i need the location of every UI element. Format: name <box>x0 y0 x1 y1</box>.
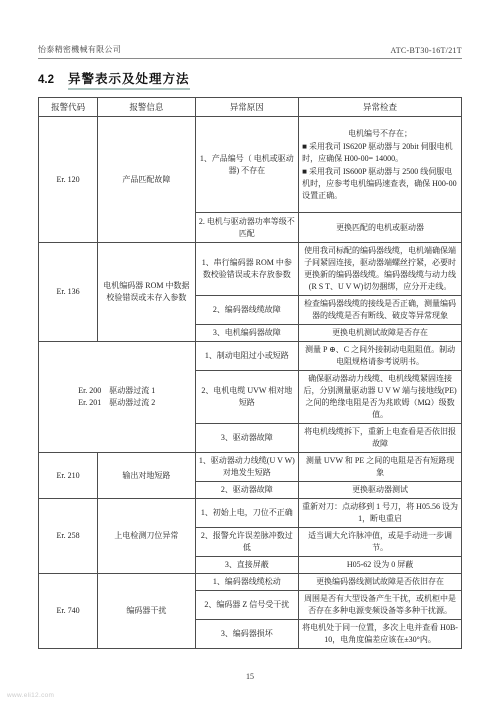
cause-cell: 2、驱动器故障 <box>195 482 299 499</box>
check-cell: 电机编号不存在； ■ 采用我司 IS620P 驱动器与 20bit 伺服电机时，… <box>299 117 462 213</box>
alarm-info-cell: 输出对地短路 <box>98 453 195 499</box>
alarm-code-line: Er. 201 驱动器过流 2 <box>42 397 192 409</box>
cause-cell: 2、编码器线缆故障 <box>195 296 299 325</box>
watermark: www.eli12.com <box>7 692 54 699</box>
cause-cell: 1、驱动器动力线缆(U V W) 对地发生短路 <box>195 453 299 482</box>
table-row: Er. 136 电机编码器 ROM 中数据校验错误或未存入参数 1、串行编码器 … <box>39 243 462 296</box>
check-cell: 适当调大允许脉冲值，或是手动进一步调节。 <box>299 528 462 557</box>
document-page: 怡泰精密機械有限公司 ATC-BT30-16T/21T 4.2 异警表示及处理方… <box>0 0 500 707</box>
cause-cell: 1、串行编码器 ROM 中参数校验错误或未存放参数 <box>195 243 299 296</box>
table-row: Er. 740 编码器干扰 1、编码器线缆松动 更换编码器线测试故障是否依旧存在 <box>39 574 462 591</box>
check-intro: 电机编号不存在； <box>302 128 458 140</box>
alarm-info-cell: 上电检测刀位异常 <box>98 499 195 574</box>
alarm-code-info-merged-cell: Er. 200 驱动器过流 1 Er. 201 驱动器过流 2 <box>39 342 196 453</box>
check-cell: H05-62 设为 0 屏蔽 <box>299 557 462 574</box>
cause-cell: 2、报警允许误差脉冲数过低 <box>195 528 299 557</box>
alarm-table: 报警代码 报警信息 异常原因 异常检查 Er. 120 产品匹配故障 1、产品编… <box>38 97 462 649</box>
cause-cell: 1、初始上电，刀位不正确 <box>195 499 299 528</box>
alarm-code-line: Er. 200 驱动器过流 1 <box>42 385 192 397</box>
alarm-code-cell: Er. 258 <box>39 499 98 574</box>
cause-cell: 3、驱动器故障 <box>195 424 299 453</box>
check-cell: 更换匹配的电机或驱动器 <box>299 213 462 243</box>
column-header-code: 报警代码 <box>39 98 98 117</box>
cause-cell: 3、编码器损坏 <box>195 620 299 649</box>
table-row: Er. 200 驱动器过流 1 Er. 201 驱动器过流 2 1、制动电阻过小… <box>39 342 462 371</box>
column-header-info: 报警信息 <box>98 98 195 117</box>
check-cell: 将电机处于同一位置，多次上电并查看 H0B-10，电角度偏差应该在±30°内。 <box>299 620 462 649</box>
cause-cell: 1、制动电阻过小或短路 <box>195 342 299 371</box>
cause-cell: 2. 电机与驱动器功率等级不匹配 <box>195 213 299 243</box>
model-number: ATC-BT30-16T/21T <box>391 46 462 55</box>
check-cell: 更换驱动器测试 <box>299 482 462 499</box>
check-cell: 将电机线缆拆下，重新上电查看是否依旧报故障 <box>299 424 462 453</box>
check-cell: 测量 UVW 和 PE 之间的电阻是否有短路现象 <box>299 453 462 482</box>
check-cell: 周围是否有大型设备产生干扰，或机柜中是否存在多种电源变频设备等多种干扰源。 <box>299 591 462 620</box>
section-heading: 4.2 异警表示及处理方法 <box>38 69 462 90</box>
check-cell: 检查编码器线缆的接线是否正确，测量编码器的线缆是否有断线、破皮等异常现象 <box>299 296 462 325</box>
check-cell: 使用我司标配的编码器线缆，电机端确保端子间紧固连接，驱动器端螺丝拧紧，必要时更换… <box>299 243 462 296</box>
company-name: 怡泰精密機械有限公司 <box>38 44 121 55</box>
check-cell: 更换编码器线测试故障是否依旧存在 <box>299 574 462 591</box>
check-bullet: ■ 采用我司 IS620P 驱动器与 20bit 伺服电机时，应确保 H00-0… <box>302 141 458 165</box>
section-title: 异警表示及处理方法 <box>68 69 190 90</box>
alarm-info-cell: 电机编码器 ROM 中数据校验错误或未存入参数 <box>98 243 195 342</box>
check-cell: 更换电机测试故障是否存在 <box>299 325 462 342</box>
check-cell: 重新对刀：点动移到 1 号刀，将 H05.56 设为 1，断电重启 <box>299 499 462 528</box>
alarm-code-cell: Er. 120 <box>39 117 98 243</box>
cause-cell: 2、电机电缆 UVW 相对地短路 <box>195 371 299 424</box>
table-row: Er. 120 产品匹配故障 1、产品编号（ 电机或驱动器) 不存在 电机编号不… <box>39 117 462 213</box>
cause-cell: 1、编码器线缆松动 <box>195 574 299 591</box>
check-bullet: ■ 采用我司 IS600P 驱动器与 2500 线伺服电机时，应参考电机编码速查… <box>302 166 458 202</box>
cause-cell: 3、电机编码器故障 <box>195 325 299 342</box>
alarm-code-cell: Er. 210 <box>39 453 98 499</box>
table-header-row: 报警代码 报警信息 异常原因 异常检查 <box>39 98 462 117</box>
page-number: 15 <box>0 672 500 681</box>
alarm-info-cell: 产品匹配故障 <box>98 117 195 243</box>
alarm-code-cell: Er. 136 <box>39 243 98 342</box>
alarm-code-cell: Er. 740 <box>39 574 98 649</box>
section-number: 4.2 <box>38 74 54 86</box>
table-row: Er. 210 输出对地短路 1、驱动器动力线缆(U V W) 对地发生短路 测… <box>39 453 462 482</box>
check-cell: 确保驱动器动力线缆、电机线缆紧固连接后，分别测量驱动器 U V W 端与接地线(… <box>299 371 462 424</box>
cause-cell: 1、产品编号（ 电机或驱动器) 不存在 <box>195 117 299 213</box>
alarm-info-cell: 编码器干扰 <box>98 574 195 649</box>
column-header-cause: 异常原因 <box>195 98 299 117</box>
running-header: 怡泰精密機械有限公司 ATC-BT30-16T/21T <box>38 0 462 59</box>
cause-cell: 3、直接屏蔽 <box>195 557 299 574</box>
table-row: Er. 258 上电检测刀位异常 1、初始上电，刀位不正确 重新对刀：点动移到 … <box>39 499 462 528</box>
check-cell: 测量 P ⊕、C 之间外接制动电阻阻值。制动电阻规格请参考说明书。 <box>299 342 462 371</box>
column-header-check: 异常检查 <box>299 98 462 117</box>
cause-cell: 2、编码器 Z 信号受干扰 <box>195 591 299 620</box>
